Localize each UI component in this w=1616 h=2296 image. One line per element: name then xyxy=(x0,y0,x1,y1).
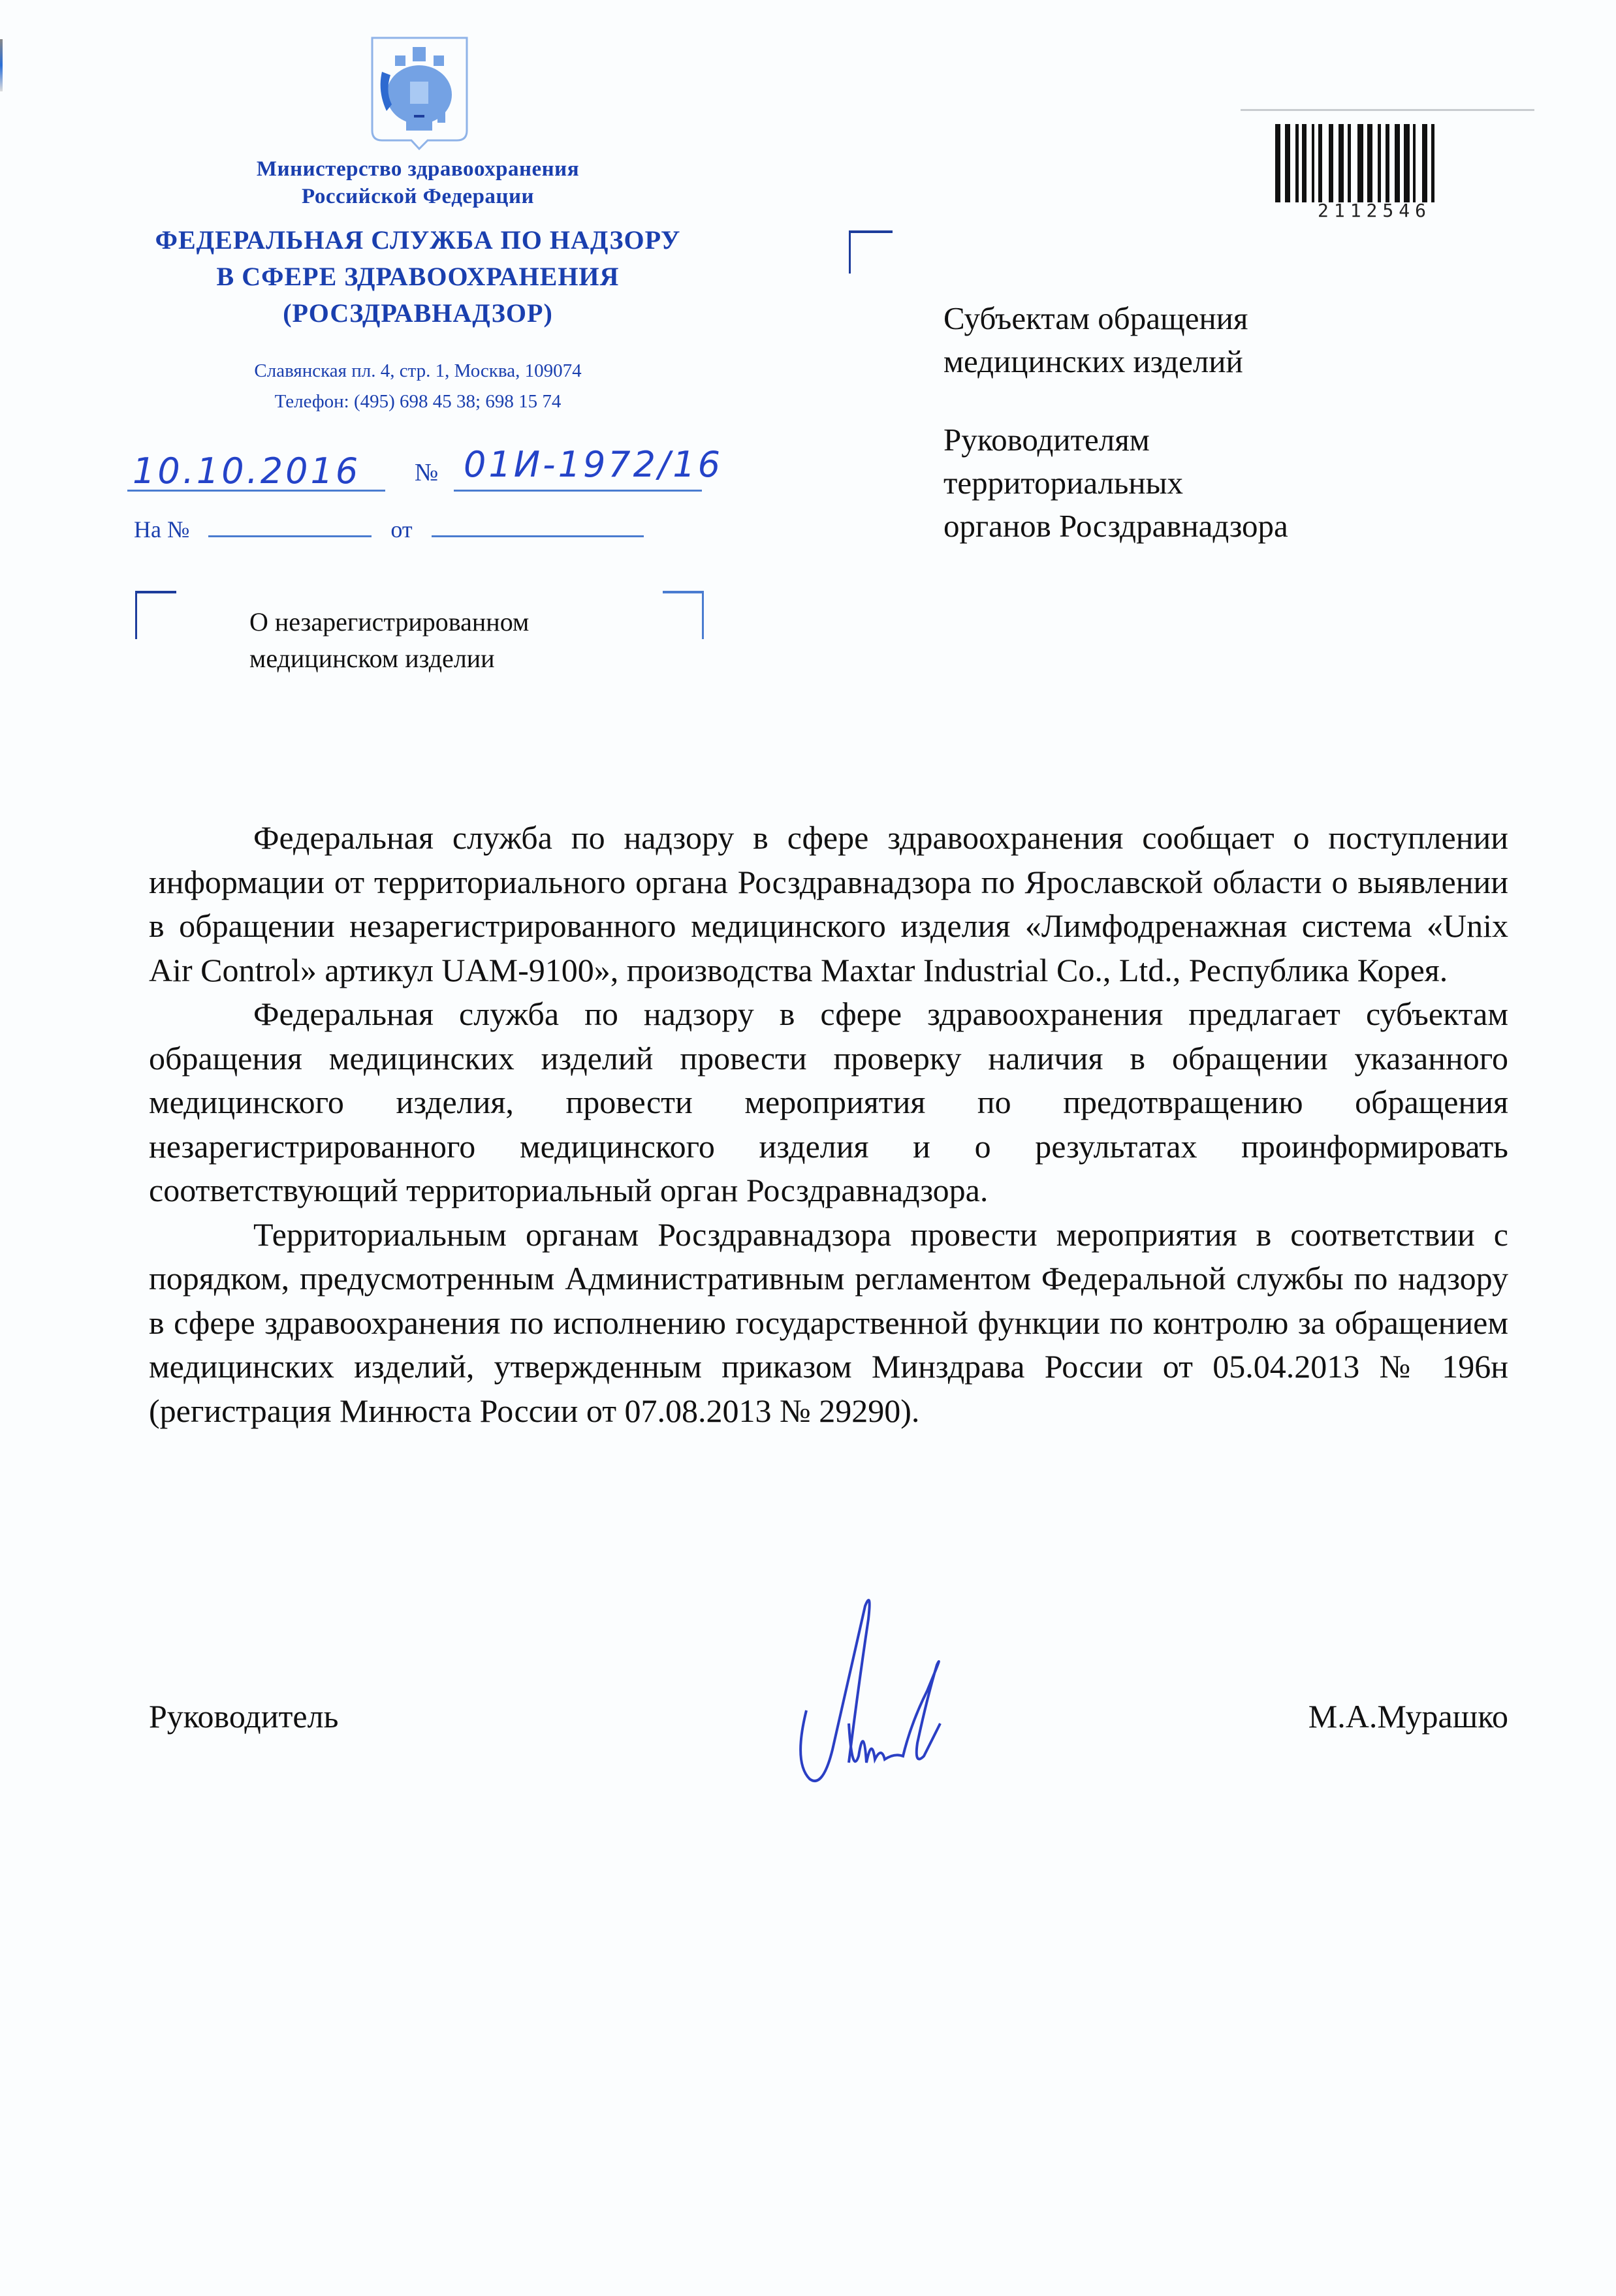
body-paragraph-1: Федеральная служба по надзору в сфере зд… xyxy=(149,816,1508,992)
barcode-number: 2112546 xyxy=(1303,200,1446,221)
reply-date-field xyxy=(432,535,644,537)
subject-bracket-left xyxy=(135,591,176,639)
subject-line-2: медицинском изделии xyxy=(249,640,529,677)
reply-number-field xyxy=(208,535,372,537)
coat-of-arms-icon xyxy=(366,33,473,157)
agency-line-2: В СФЕРЕ ЗДРАВООХРАНЕНИЯ xyxy=(124,259,712,295)
agency-phone: Телефон: (495) 698 45 38; 698 15 74 xyxy=(163,386,673,417)
addressee-line-5: органов Росздравнадзора xyxy=(943,505,1288,548)
ministry-name: Министерство здравоохранения Российской … xyxy=(170,155,666,210)
letter-subject: О незарегистрированном медицинском издел… xyxy=(249,604,529,677)
letter-body: Федеральная служба по надзору в сфере зд… xyxy=(149,816,1508,1433)
registration-date: 10.10.2016 xyxy=(133,450,360,492)
reply-from-label: от xyxy=(390,516,412,543)
reply-reference: На № от xyxy=(134,516,644,543)
ministry-line-1: Министерство здравоохранения xyxy=(170,155,666,183)
handwritten-signature-icon xyxy=(787,1593,1100,1789)
barcode-rule xyxy=(1241,109,1534,111)
addressee-line-3: Руководителям xyxy=(943,418,1288,462)
barcode xyxy=(1275,124,1468,202)
registration-line: 10.10.2016 № 01И-1972/16 xyxy=(127,450,846,503)
agency-line-1: ФЕДЕРАЛЬНАЯ СЛУЖБА ПО НАДЗОРУ xyxy=(124,222,712,259)
agency-line-3: (РОСЗДРАВНАДЗОР) xyxy=(124,295,712,332)
number-label: № xyxy=(415,458,438,487)
number-underline xyxy=(454,490,702,492)
subject-bracket-right xyxy=(663,591,704,639)
agency-contacts: Славянская пл. 4, стр. 1, Москва, 109074… xyxy=(163,356,673,417)
body-paragraph-3: Территориальным органам Росздравнадзора … xyxy=(149,1213,1508,1434)
reply-number-label: На № xyxy=(134,516,189,543)
registration-number: 01И-1972/16 xyxy=(464,444,723,485)
addressee-line-4: территориальных xyxy=(943,462,1288,505)
date-underline xyxy=(127,490,385,492)
addressee-block: Субъектам обращения медицинских изделий … xyxy=(943,297,1288,548)
addressee-line-2: медицинских изделий xyxy=(943,340,1288,383)
signatory-name: М.А.Мурашко xyxy=(1308,1697,1508,1735)
addressee-line-1: Субъектам обращения xyxy=(943,297,1288,340)
agency-address: Славянская пл. 4, стр. 1, Москва, 109074 xyxy=(163,356,673,386)
agency-name: ФЕДЕРАЛЬНАЯ СЛУЖБА ПО НАДЗОРУ В СФЕРЕ ЗД… xyxy=(124,222,712,332)
body-paragraph-2: Федеральная служба по надзору в сфере зд… xyxy=(149,992,1508,1213)
scan-edge-artifact xyxy=(0,39,3,91)
subject-line-1: О незарегистрированном xyxy=(249,604,529,640)
signatory-title: Руководитель xyxy=(149,1697,338,1735)
addressee-bracket xyxy=(849,230,893,274)
ministry-line-2: Российской Федерации xyxy=(170,183,666,210)
